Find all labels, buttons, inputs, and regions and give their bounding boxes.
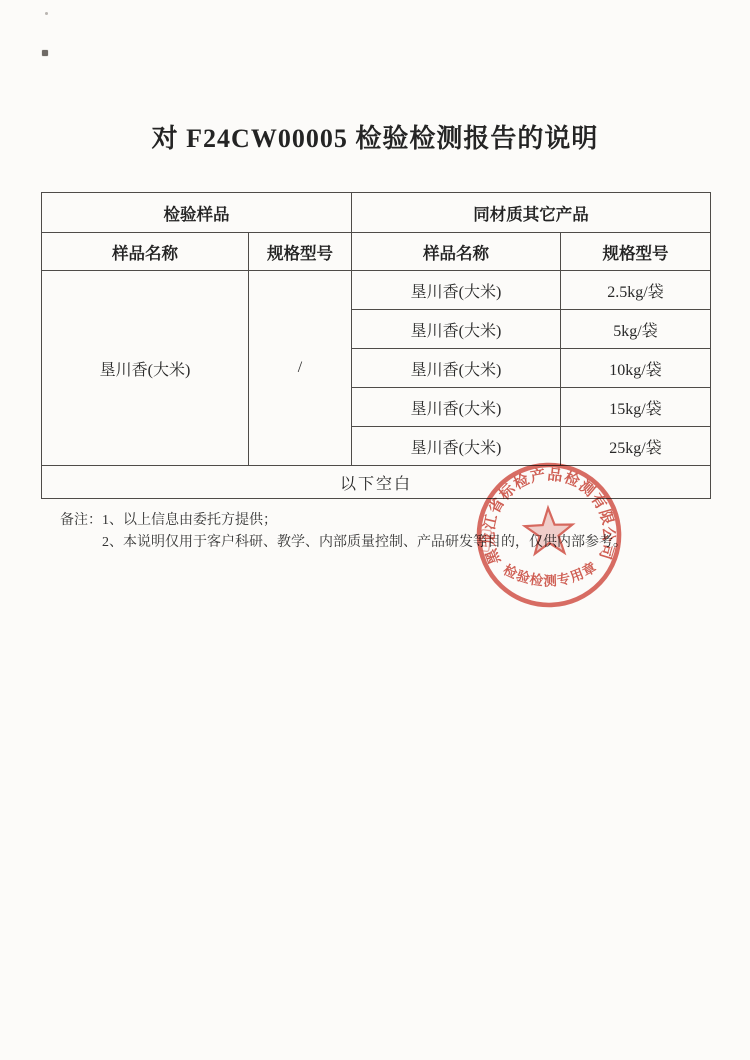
group-header-same-material-products: 同材质其它产品	[352, 193, 711, 233]
product-spec: 2.5kg/袋	[561, 271, 711, 310]
company-seal: 黑龙江省标检产品检测有限公司 检验检测专用章	[459, 445, 639, 625]
group-header-inspection-sample: 检验样品	[42, 193, 352, 233]
scan-speck-small	[45, 12, 48, 15]
star-icon	[524, 507, 573, 554]
scan-speck-square	[42, 50, 48, 56]
product-name: 垦川香(大米)	[352, 271, 561, 310]
product-name: 垦川香(大米)	[352, 388, 561, 427]
svg-text:检验检测专用章: 检验检测专用章	[500, 558, 600, 590]
product-spec: 15kg/袋	[561, 388, 711, 427]
product-spec: 10kg/袋	[561, 349, 711, 388]
product-spec: 5kg/袋	[561, 310, 711, 349]
table-row-column-headers: 样品名称 规格型号 样品名称 规格型号	[42, 233, 711, 271]
product-name: 垦川香(大米)	[352, 310, 561, 349]
seal-type-label: 检验检测专用章	[500, 558, 600, 590]
col-header-spec-right: 规格型号	[561, 233, 711, 271]
table-row: 垦川香(大米) / 垦川香(大米) 2.5kg/袋	[42, 271, 711, 310]
inspection-sample-spec: /	[249, 271, 352, 466]
product-name: 垦川香(大米)	[352, 349, 561, 388]
page-title: 对 F24CW00005 检验检测报告的说明	[0, 118, 750, 155]
col-header-sample-name-right: 样品名称	[352, 233, 561, 271]
inspection-sample-name: 垦川香(大米)	[42, 271, 249, 466]
table-row-group-headers: 检验样品 同材质其它产品	[42, 193, 711, 233]
col-header-spec-left: 规格型号	[249, 233, 352, 271]
col-header-sample-name-left: 样品名称	[42, 233, 249, 271]
notes-label: 备注：	[60, 510, 102, 532]
